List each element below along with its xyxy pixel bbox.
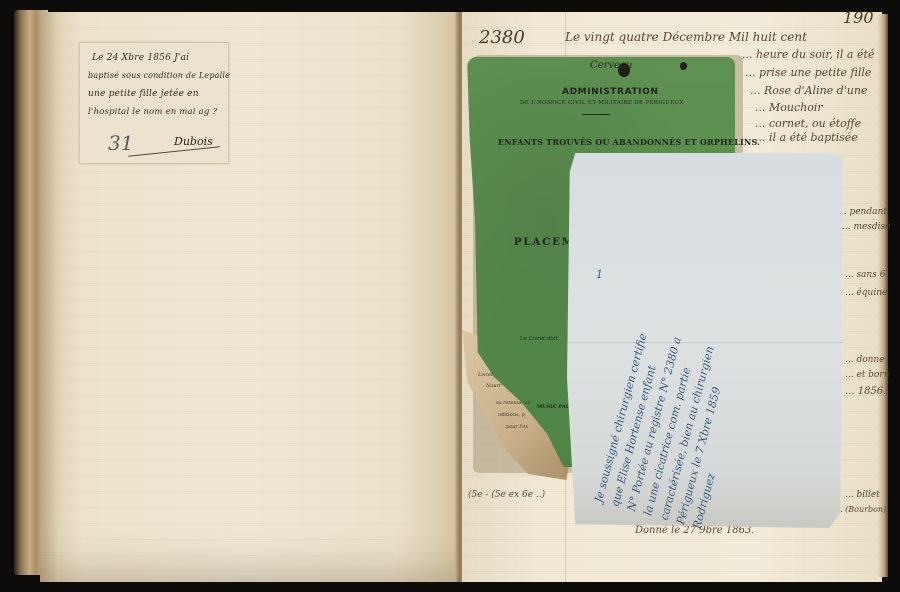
booklet-stamp-mark: Cerveau — [590, 60, 632, 71]
register-line: ... sans 6 — [845, 270, 885, 280]
note-line-4: l'hospital le nom en mai ag ? — [88, 107, 217, 117]
register-line: ... heure du soir, il a été — [742, 48, 874, 61]
note-number-marker: 1 — [596, 268, 603, 281]
register-line: ... donne — [845, 355, 885, 365]
booklet-torn-text: sa retenue ex — [496, 400, 530, 406]
margin-note: (5e - (5e ex 6e ..) — [468, 490, 545, 500]
booklet-torn-text: pour l'ex — [506, 424, 528, 430]
register-line: ... équine — [845, 288, 887, 298]
booklet-title: ADMINISTRATION — [562, 87, 659, 97]
register-line: ... (Bourbon) — [835, 505, 886, 514]
left-page-shadow — [40, 12, 58, 582]
note-line-3: une petite fille jetée en — [88, 89, 199, 99]
register-line: ... 1856. — [845, 386, 886, 397]
booklet-rule — [582, 114, 610, 115]
register-line: ... billet — [845, 490, 880, 500]
register-line: ... il a été baptisée — [755, 131, 858, 144]
note-line-2: baptisé sous condition de Lepalle — [88, 71, 230, 80]
register-line: ... pendant — [838, 207, 887, 217]
open-register-book: Le 24 Xbre 1856 J'ai baptisé sous condit… — [0, 0, 900, 592]
register-line: ... prise une petite fille — [745, 66, 871, 79]
register-header-line: Le vingt quatre Décembre Mil huit cent — [565, 30, 807, 44]
entry-number: 2380 — [479, 27, 525, 48]
register-line: ... Rose d'Aline d'une — [750, 84, 867, 97]
page-number: 190 — [843, 8, 874, 27]
booklet-torn-text: nditions, p — [498, 412, 525, 418]
booklet-torn-text: Nourr — [486, 383, 501, 389]
booklet-bold-fragment: MUSIC PAU — [537, 404, 570, 410]
note-signature: Dubois — [174, 135, 213, 148]
note-fold-line — [567, 342, 843, 343]
note-line-1: Le 24 Xbre 1856 J'ai — [92, 53, 189, 63]
register-line: ... et born — [845, 370, 890, 380]
booklet-section: PLACEM — [514, 237, 575, 248]
booklet-subtitle: DE L'HOSPICE CIVIL ET MILITAIRE DE PÉRIG… — [520, 100, 684, 106]
ink-stain — [680, 62, 687, 70]
register-line: ... cornet, ou étoffe — [755, 117, 861, 130]
booklet-torn-text: Livret — [478, 372, 493, 378]
note-number: 31 — [108, 131, 133, 155]
baptism-note: Le 24 Xbre 1856 J'ai baptisé sous condit… — [79, 42, 229, 164]
register-line: ... mesdisé — [842, 222, 891, 232]
booklet-heading: ENFANTS TROUVÉS OU ABANDONNÉS ET ORPHELI… — [498, 137, 760, 147]
booklet-livret-text: Le Livret doit — [520, 336, 558, 342]
register-line: ... Mouchoir — [755, 101, 823, 114]
